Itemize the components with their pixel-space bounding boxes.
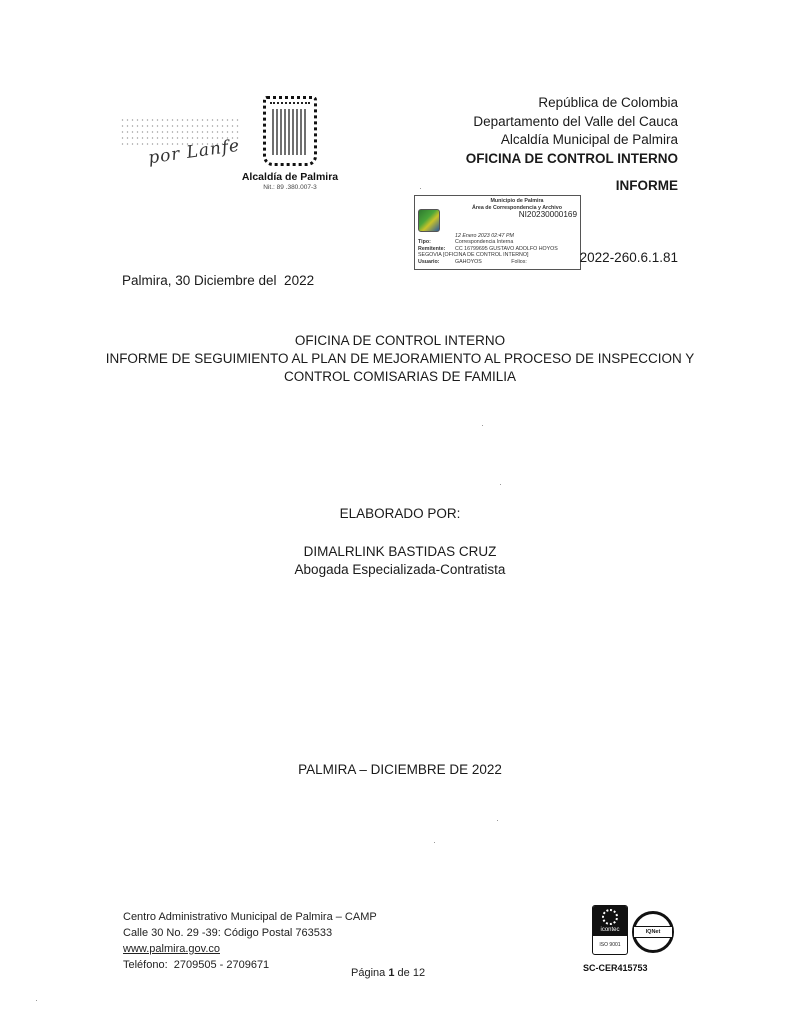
letterhead: República de Colombia Departamento del V…	[466, 94, 678, 168]
certification-logos: icontec ISO 9001 IQNet	[588, 905, 688, 965]
scan-speck	[482, 425, 483, 426]
letterhead-line: República de Colombia	[466, 94, 678, 113]
footer-phone: Teléfono: 2709505 - 2709671	[123, 957, 377, 973]
author-label: ELABORADO POR:	[100, 505, 700, 523]
logo-nit: Nit.: 89 .380.007-3	[240, 184, 340, 191]
correspondence-row: Remitente: CC 16799695 GUSTAVO ADOLFO HO…	[418, 246, 578, 253]
reference-code: 2022-260.6.1.81	[580, 250, 678, 265]
scan-speck	[434, 842, 435, 843]
title-line: INFORME DE SEGUIMIENTO AL PLAN DE MEJORA…	[100, 350, 700, 368]
certificate-code: SC-CER415753	[583, 963, 648, 973]
alcaldia-logo: Alcaldía de Palmira Nit.: 89 .380.007-3	[240, 96, 340, 191]
letterhead-line: Departamento del Valle del Cauca	[466, 113, 678, 132]
document-type: INFORME	[616, 178, 678, 193]
letterhead-line: Alcaldía Municipal de Palmira	[466, 131, 678, 150]
author-name: DIMALRLINK BASTIDAS CRUZ	[100, 543, 700, 561]
title-line: CONTROL COMISARIAS DE FAMILIA	[100, 368, 700, 386]
footer-address: Centro Administrativo Municipal de Palmi…	[123, 909, 377, 925]
scan-speck	[420, 188, 421, 189]
title-line: OFICINA DE CONTROL INTERNO	[100, 332, 700, 350]
correspondence-row: Usuario: GAHOYOS Folios:	[418, 259, 578, 266]
place-date: Palmira, 30 Diciembre del 2022	[122, 273, 314, 288]
correspondence-row: SEGOVIA [OFICINA DE CONTROL INTERNO]	[418, 252, 578, 259]
municipality-flag-icon	[418, 209, 440, 232]
page-number: Página 1 de 12	[351, 967, 425, 979]
received-stamp-signature: por Lanfe	[115, 112, 245, 172]
website-link[interactable]: www.palmira.gov.co	[123, 943, 220, 955]
letterhead-office: OFICINA DE CONTROL INTERNO	[466, 150, 678, 169]
scan-speck	[497, 820, 498, 821]
correspondence-details: Tipo: Correspondencia Interna Remitente:…	[418, 239, 578, 265]
author-role: Abogada Especializada-Contratista	[100, 561, 700, 579]
correspondence-row: Tipo: Correspondencia Interna	[418, 239, 578, 246]
radicado-number: NI20230000169	[519, 212, 577, 219]
correspondence-label: Municipio de Palmira Área de Corresponde…	[414, 195, 581, 270]
icontec-certification-icon: icontec ISO 9001	[592, 905, 628, 955]
logo-name: Alcaldía de Palmira	[240, 171, 340, 183]
closing-place-date: PALMIRA – DICIEMBRE DE 2022	[100, 762, 700, 777]
scan-speck	[500, 484, 501, 485]
iqnet-certification-icon: IQNet	[632, 911, 674, 953]
footer-address: Calle 30 No. 29 -39: Código Postal 76353…	[123, 925, 377, 941]
report-title: OFICINA DE CONTROL INTERNO INFORME DE SE…	[100, 332, 700, 386]
scan-speck	[36, 1000, 37, 1001]
author-block: ELABORADO POR: DIMALRLINK BASTIDAS CRUZ …	[100, 505, 700, 579]
coat-of-arms-icon	[263, 96, 317, 166]
footer-contact: Centro Administrativo Municipal de Palmi…	[123, 909, 377, 973]
